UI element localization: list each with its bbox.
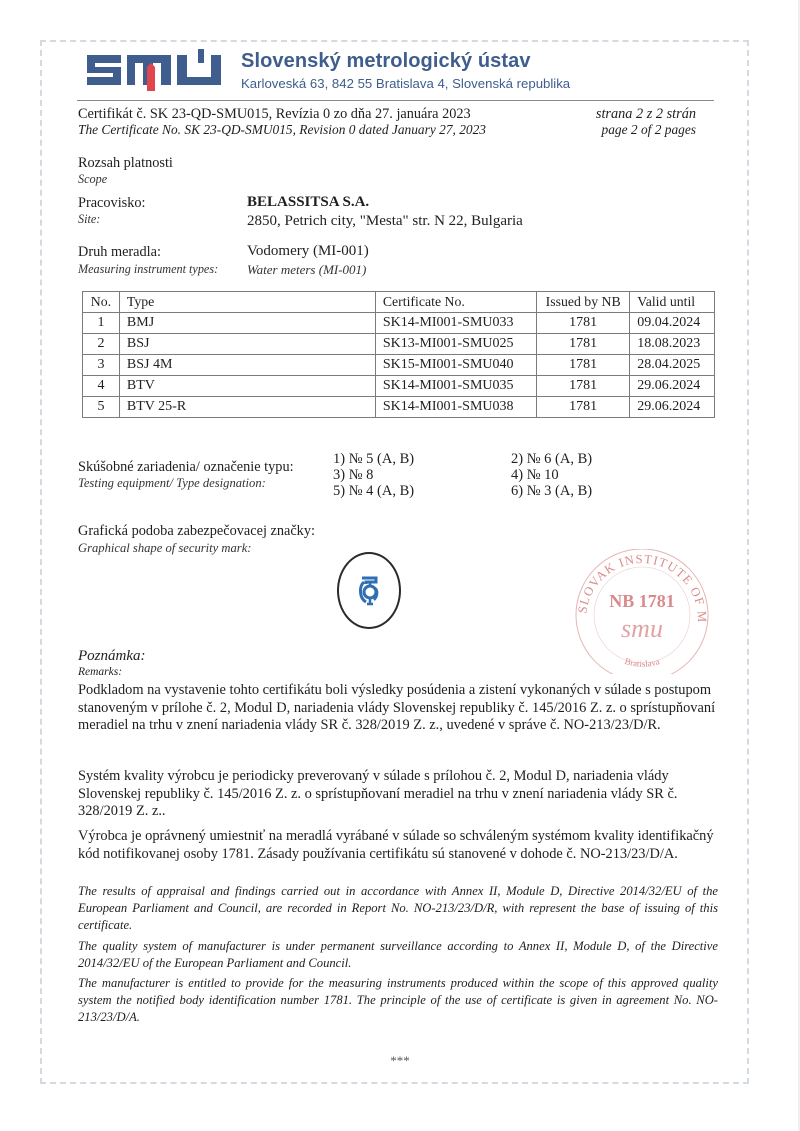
- scope-label: Rozsah platnosti: [78, 155, 173, 172]
- svg-text:SLOVAK INSTITUTE OF METROLOGY: SLOVAK INSTITUTE OF METROLOGY: [566, 549, 709, 624]
- cell-no: 1: [83, 313, 120, 334]
- site-address: 2850, Petrich city, "Mesta" str. N 22, B…: [247, 213, 523, 230]
- col-issued-by: Issued by NB: [537, 292, 630, 313]
- testing-item: 4) № 10: [511, 467, 559, 483]
- page-indicator-sk: strana 2 z 2 strán: [596, 106, 696, 123]
- col-certificate: Certificate No.: [375, 292, 536, 313]
- remarks-label-en: Remarks:: [78, 666, 122, 678]
- table-row: 2 BSJ SK13-MI001-SMU025 1781 18.08.2023: [83, 334, 715, 355]
- testing-item: 5) № 4 (A, B): [333, 483, 511, 499]
- cell-certificate: SK14-MI001-SMU035: [375, 376, 536, 397]
- cell-type: BTV 25-R: [119, 397, 375, 418]
- security-mark-label: Grafická podoba zabezpečovacej značky:: [78, 523, 315, 540]
- cell-no: 5: [83, 397, 120, 418]
- page-indicator-en: page 2 of 2 pages: [602, 122, 696, 138]
- security-mark: [337, 552, 401, 629]
- testing-item: 2) № 6 (A, B): [511, 451, 592, 467]
- site-label: Pracovisko:: [78, 195, 146, 212]
- cell-type: BSJ 4M: [119, 355, 375, 376]
- remarks-paragraph-1: Podkladom na vystavenie tohto certifikát…: [78, 682, 718, 735]
- remarks-en-paragraph-1: The results of appraisal and findings ca…: [78, 883, 718, 934]
- cell-certificate: SK14-MI001-SMU038: [375, 397, 536, 418]
- table-row: 3 BSJ 4M SK15-MI001-SMU040 1781 28.04.20…: [83, 355, 715, 376]
- notified-body-stamp: SLOVAK INSTITUTE OF METROLOGY NB 1781 sm…: [566, 549, 716, 674]
- cell-certificate: SK15-MI001-SMU040: [375, 355, 536, 376]
- testing-equipment-list: 1) № 5 (A, B) 2) № 6 (A, B) 3) № 8 4) № …: [333, 451, 633, 499]
- cell-certificate: SK13-MI001-SMU025: [375, 334, 536, 355]
- col-no: No.: [83, 292, 120, 313]
- cell-issued-by: 1781: [537, 313, 630, 334]
- cell-issued-by: 1781: [537, 334, 630, 355]
- table-header-row: No. Type Certificate No. Issued by NB Va…: [83, 292, 715, 313]
- stamp-signature: smu: [621, 614, 663, 643]
- stamp-center-text: NB 1781: [609, 591, 675, 611]
- cell-certificate: SK14-MI001-SMU033: [375, 313, 536, 334]
- cell-valid-until: 09.04.2024: [630, 313, 715, 334]
- smu-logo-icon: [85, 49, 230, 91]
- cell-valid-until: 29.06.2024: [630, 397, 715, 418]
- stamp-city-text: Bratislava: [624, 656, 661, 669]
- stamp-ring-text: SLOVAK INSTITUTE OF METROLOGY: [566, 549, 709, 624]
- cell-issued-by: 1781: [537, 355, 630, 376]
- scope-label-en: Scope: [78, 172, 107, 187]
- cell-type: BMJ: [119, 313, 375, 334]
- cell-no: 2: [83, 334, 120, 355]
- cell-type: BSJ: [119, 334, 375, 355]
- svg-text:Bratislava: Bratislava: [624, 656, 661, 669]
- remarks-label: Poznámka:: [78, 648, 146, 665]
- site-label-en: Site:: [78, 212, 100, 227]
- remarks-en-paragraph-2: The quality system of manufacturer is un…: [78, 938, 718, 972]
- col-type: Type: [119, 292, 375, 313]
- cell-valid-until: 18.08.2023: [630, 334, 715, 355]
- col-valid-until: Valid until: [630, 292, 715, 313]
- cell-no: 4: [83, 376, 120, 397]
- testing-label: Skúšobné zariadenia/ označenie typu:: [78, 459, 294, 476]
- table-row: 5 BTV 25-R SK14-MI001-SMU038 1781 29.06.…: [83, 397, 715, 418]
- certificate-number-en: The Certificate No. SK 23-QD-SMU015, Rev…: [78, 122, 486, 138]
- table-row: 4 BTV SK14-MI001-SMU035 1781 29.06.2024: [83, 376, 715, 397]
- testing-item: 3) № 8: [333, 467, 511, 483]
- instrument-label: Druh meradla:: [78, 244, 161, 261]
- instrument-value: Vodomery (MI-001): [247, 243, 369, 260]
- testing-item: 1) № 5 (A, B): [333, 451, 511, 467]
- cell-issued-by: 1781: [537, 376, 630, 397]
- organization-name: Slovenský metrologický ústav: [241, 50, 531, 73]
- organization-address: Karloveská 63, 842 55 Bratislava 4, Slov…: [241, 76, 570, 91]
- security-mark-icon: [358, 576, 380, 606]
- testing-label-en: Testing equipment/ Type designation:: [78, 476, 266, 491]
- end-of-document-mark: ***: [0, 1053, 800, 1069]
- cell-issued-by: 1781: [537, 397, 630, 418]
- instrument-value-en: Water meters (MI-001): [247, 262, 366, 278]
- remarks-en-paragraph-3: The manufacturer is entitled to provide …: [78, 975, 718, 1026]
- security-mark-label-en: Graphical shape of security mark:: [78, 541, 251, 556]
- remarks-paragraph-2: Systém kvality výrobcu je periodicky pre…: [78, 768, 718, 821]
- cell-valid-until: 28.04.2025: [630, 355, 715, 376]
- cell-valid-until: 29.06.2024: [630, 376, 715, 397]
- header-divider: [77, 100, 714, 101]
- table-row: 1 BMJ SK14-MI001-SMU033 1781 09.04.2024: [83, 313, 715, 334]
- site-company: BELASSITSA S.A.: [247, 194, 369, 211]
- instrument-label-en: Measuring instrument types:: [78, 262, 218, 277]
- certificate-number-sk: Certifikát č. SK 23-QD-SMU015, Revízia 0…: [78, 106, 471, 123]
- approved-types-table: No. Type Certificate No. Issued by NB Va…: [82, 291, 715, 418]
- testing-item: 6) № 3 (A, B): [511, 483, 592, 499]
- cell-type: BTV: [119, 376, 375, 397]
- remarks-paragraph-3: Výrobca je oprávnený umiestniť na meradl…: [78, 828, 718, 863]
- cell-no: 3: [83, 355, 120, 376]
